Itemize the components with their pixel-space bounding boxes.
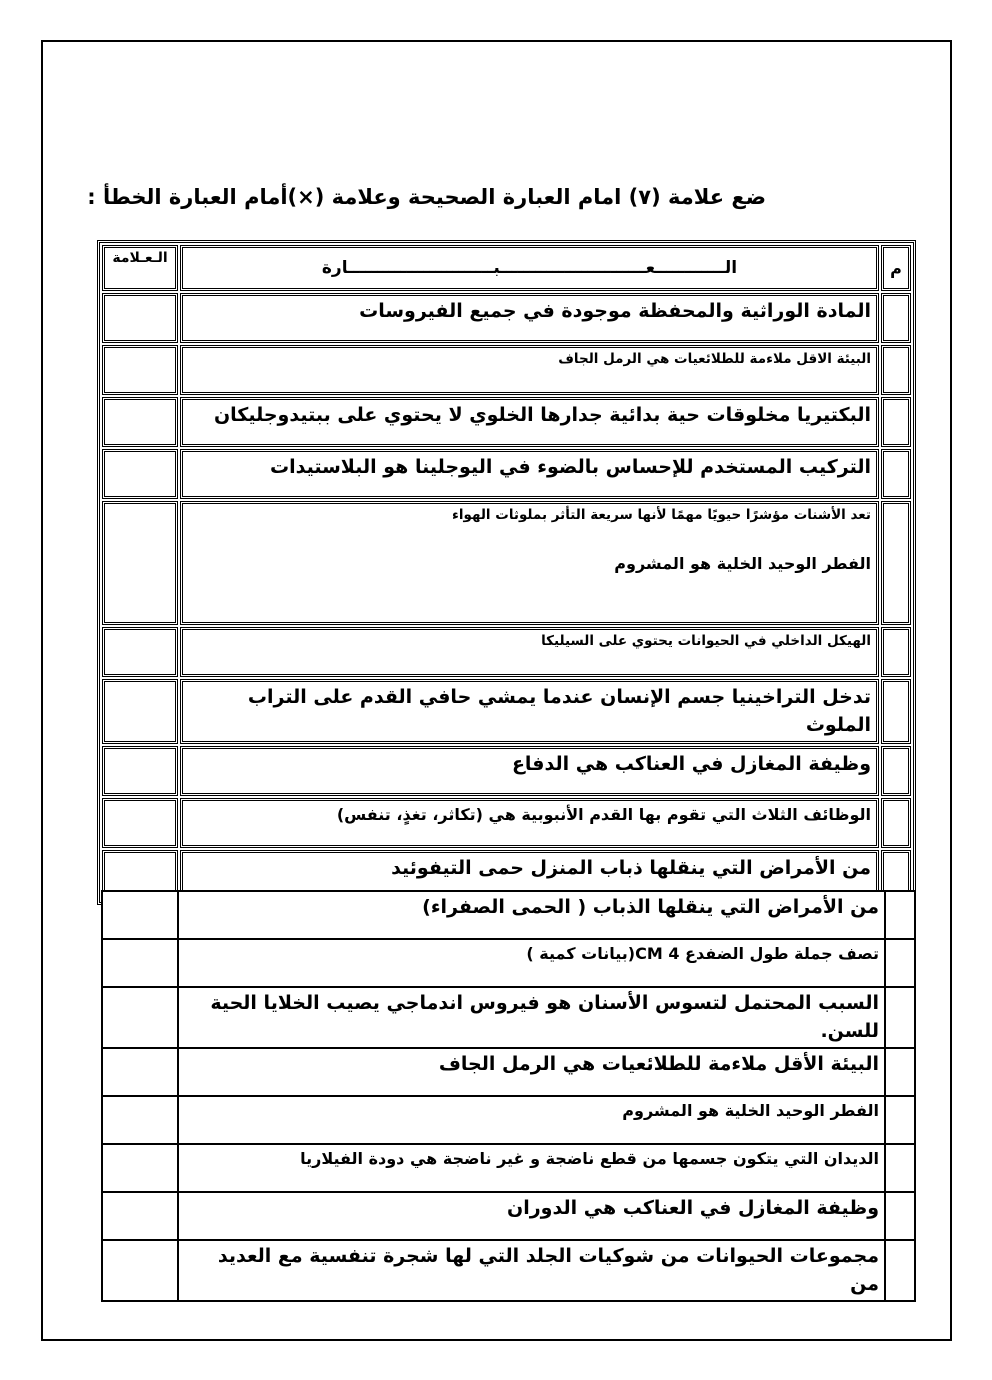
statement-text: التركيب المستخدم للإحساس بالضوء في اليوج…: [188, 454, 871, 482]
table-row: التركيب المستخدم للإحساس بالضوء في اليوج…: [102, 449, 911, 499]
mark-answer-cell[interactable]: [102, 397, 178, 447]
number-cell: [885, 1096, 915, 1144]
instruction-title: ضع علامة (٧) امام العبارة الصحيحة وعلامة…: [87, 185, 766, 209]
statement-cell: تدخل التراخينيا جسم الإنسان عندما يمشي ح…: [180, 679, 879, 744]
statements-table-lower: من الأمراض التي ينقلها الذباب ( الحمى ال…: [101, 890, 916, 1302]
table-row: الوظائف الثلاث التي تقوم بها القدم الأنب…: [102, 798, 911, 848]
number-cell: [885, 939, 915, 987]
table-row: تدخل التراخينيا جسم الإنسان عندما يمشي ح…: [102, 679, 911, 744]
statement-text: من الأمراض التي ينقلها الذباب ( الحمى ال…: [184, 894, 879, 922]
table-row: وظيفة المغازل في العناكب هي الدفاع: [102, 746, 911, 796]
statements-table-upper: م الــــــــــــعـــــــــــــــــــــــ…: [97, 240, 916, 905]
mark-answer-cell[interactable]: [102, 891, 178, 939]
statement-cell: الديدان التي يتكون جسمها من قطع ناضجة و …: [178, 1144, 885, 1192]
mark-answer-cell[interactable]: [102, 293, 178, 343]
mark-answer-cell[interactable]: [102, 1240, 178, 1301]
statement-cell: الفطر الوحيد الخلية هو المشروم: [178, 1096, 885, 1144]
statement-text: الهيكل الداخلي في الحيوانات يحتوي على ال…: [188, 632, 871, 652]
mark-answer-cell[interactable]: [102, 679, 178, 744]
statement-text: الوظائف الثلاث التي تقوم بها القدم الأنب…: [188, 803, 871, 826]
number-cell: [885, 1144, 915, 1192]
table-row: تصف جملة طول الضفدع CM 4(بيانات كمية ): [102, 939, 915, 987]
statement-text: مجموعات الحيوانات من شوكيات الجلد التي ل…: [184, 1243, 879, 1298]
number-cell: [881, 746, 911, 796]
number-cell: [881, 293, 911, 343]
table-row: المادة الوراثية والمحفظة موجودة في جميع …: [102, 293, 911, 343]
table-row: البكتيريا مخلوقات حية بدائية جدارها الخل…: [102, 397, 911, 447]
table-row: من الأمراض التي ينقلها الذباب ( الحمى ال…: [102, 891, 915, 939]
mark-answer-cell[interactable]: [102, 449, 178, 499]
table-row: السبب المحتمل لتسوس الأسنان هو فيروس اند…: [102, 987, 915, 1048]
statement-text: وظيفة المغازل في العناكب هي الدوران: [184, 1195, 879, 1223]
number-cell: [885, 1192, 915, 1240]
statement-text: البكتيريا مخلوقات حية بدائية جدارها الخل…: [188, 402, 871, 430]
mark-answer-cell[interactable]: [102, 345, 178, 395]
statement-text: السبب المحتمل لتسوس الأسنان هو فيروس اند…: [184, 990, 879, 1045]
statement-text: تصف جملة طول الضفدع CM 4(بيانات كمية ): [184, 942, 879, 965]
statement-cell: الوظائف الثلاث التي تقوم بها القدم الأنب…: [180, 798, 879, 848]
mark-column-header: الـعـلامة: [102, 245, 178, 291]
number-cell: [881, 627, 911, 677]
table-row: مجموعات الحيوانات من شوكيات الجلد التي ل…: [102, 1240, 915, 1301]
mark-answer-cell[interactable]: [102, 939, 178, 987]
table-row: وظيفة المغازل في العناكب هي الدوران: [102, 1192, 915, 1240]
statement-cell: مجموعات الحيوانات من شوكيات الجلد التي ل…: [178, 1240, 885, 1301]
number-cell: [881, 798, 911, 848]
mark-answer-cell[interactable]: [102, 987, 178, 1048]
statement-cell: وظيفة المغازل في العناكب هي الدوران: [178, 1192, 885, 1240]
mark-answer-cell[interactable]: [102, 1096, 178, 1144]
statement-text: الفطر الوحيد الخلية هو المشروم: [188, 552, 871, 575]
number-cell: [881, 397, 911, 447]
mark-answer-cell[interactable]: [102, 1192, 178, 1240]
table-header-row: م الــــــــــــعـــــــــــــــــــــــ…: [102, 245, 911, 291]
statement-cell: البيئة الاقل ملاءمة للطلائعيات هي الرمل …: [180, 345, 879, 395]
statement-text: من الأمراض التي ينقلها ذباب المنزل حمى ا…: [188, 855, 871, 883]
number-cell: [885, 1240, 915, 1301]
table-row: البيئة الاقل ملاءمة للطلائعيات هي الرمل …: [102, 345, 911, 395]
number-cell: [885, 891, 915, 939]
statement-text: وظيفة المغازل في العناكب هي الدفاع: [188, 751, 871, 779]
number-cell: [885, 987, 915, 1048]
mark-answer-cell[interactable]: [102, 746, 178, 796]
statement-cell: المادة الوراثية والمحفظة موجودة في جميع …: [180, 293, 879, 343]
number-cell: [881, 345, 911, 395]
statement-cell: السبب المحتمل لتسوس الأسنان هو فيروس اند…: [178, 987, 885, 1048]
table-row: الفطر الوحيد الخلية هو المشروم: [102, 1096, 915, 1144]
statement-cell: البكتيريا مخلوقات حية بدائية جدارها الخل…: [180, 397, 879, 447]
statement-cell: البيئة الأقل ملاءمة للطلائعيات هي الرمل …: [178, 1048, 885, 1096]
number-cell: [881, 501, 911, 625]
table-row: الديدان التي يتكون جسمها من قطع ناضجة و …: [102, 1144, 915, 1192]
statement-cell: وظيفة المغازل في العناكب هي الدفاع: [180, 746, 879, 796]
statement-text: الديدان التي يتكون جسمها من قطع ناضجة و …: [184, 1147, 879, 1170]
statement-cell: التركيب المستخدم للإحساس بالضوء في اليوج…: [180, 449, 879, 499]
mark-answer-cell[interactable]: [102, 501, 178, 625]
statement-text: تدخل التراخينيا جسم الإنسان عندما يمشي ح…: [188, 684, 871, 739]
statement-text: تعد الأشنات مؤشرًا حيويًا مهمًا لأنها سر…: [188, 506, 871, 526]
mark-answer-cell[interactable]: [102, 798, 178, 848]
statement-text: الفطر الوحيد الخلية هو المشروم: [184, 1099, 879, 1122]
number-cell: [881, 679, 911, 744]
mark-answer-cell[interactable]: [102, 1048, 178, 1096]
statement-cell: من الأمراض التي ينقلها الذباب ( الحمى ال…: [178, 891, 885, 939]
table-row: تعد الأشنات مؤشرًا حيويًا مهمًا لأنها سر…: [102, 501, 911, 625]
table-row: البيئة الأقل ملاءمة للطلائعيات هي الرمل …: [102, 1048, 915, 1096]
mark-answer-cell[interactable]: [102, 627, 178, 677]
number-column-header: م: [881, 245, 911, 291]
statement-cell: الهيكل الداخلي في الحيوانات يحتوي على ال…: [180, 627, 879, 677]
statement-cell: تعد الأشنات مؤشرًا حيويًا مهمًا لأنها سر…: [180, 501, 879, 625]
table-row: الهيكل الداخلي في الحيوانات يحتوي على ال…: [102, 627, 911, 677]
number-cell: [881, 449, 911, 499]
number-cell: [885, 1048, 915, 1096]
statement-column-header: الــــــــــــعـــــــــــــــــــــــــ…: [180, 245, 879, 291]
mark-answer-cell[interactable]: [102, 1144, 178, 1192]
statement-text: البيئة الأقل ملاءمة للطلائعيات هي الرمل …: [184, 1051, 879, 1079]
statement-text: البيئة الاقل ملاءمة للطلائعيات هي الرمل …: [188, 350, 871, 370]
statement-cell: تصف جملة طول الضفدع CM 4(بيانات كمية ): [178, 939, 885, 987]
statement-text: المادة الوراثية والمحفظة موجودة في جميع …: [188, 298, 871, 326]
